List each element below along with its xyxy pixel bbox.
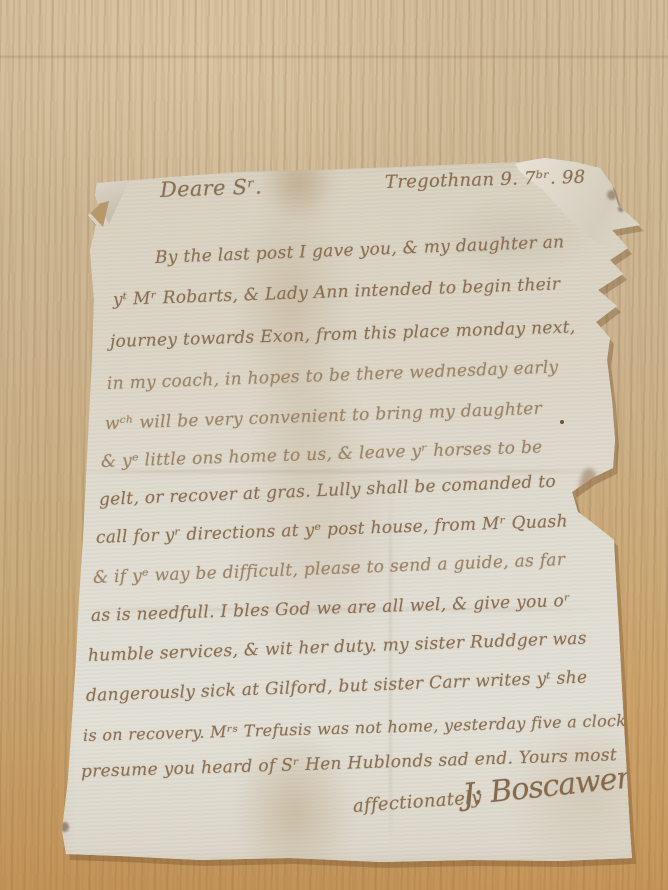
dateline: Tregothnan 9. 7ᵇʳ. 98 — [385, 167, 586, 193]
letter-line-1: By the last post I gave you, & my daught… — [155, 232, 565, 268]
letter-line-9: & if yᵉ way be difficult, please to send… — [93, 550, 566, 588]
salutation: Deare Sʳ. — [160, 174, 263, 202]
letter-line-2: yᵗ Mʳ Robarts, & Lady Ann intended to be… — [113, 274, 561, 310]
letter-line-5: wᶜʰ will be very convenient to bring my … — [105, 399, 543, 434]
letter-line-12: dangerously sick at Gilford, but sister … — [86, 668, 588, 706]
letter-line-4: in my coach, in hopes to be there wednes… — [107, 357, 559, 394]
letter-line-6: & yᵉ little ons home to us, & leave yʳ h… — [101, 437, 543, 472]
letter-text: Deare Sʳ. Tregothnan 9. 7ᵇʳ. 98 By the l… — [55, 156, 645, 868]
letter-line-3: journey towards Exon, from this place mo… — [110, 317, 576, 352]
letter-line-7: gelt, or recover at gras. Lully shall be… — [99, 472, 557, 510]
letter-line-10: as is needfull. I bles God we are all we… — [91, 591, 571, 626]
letter-line-11: humble services, & wit her duty. my sist… — [88, 629, 587, 666]
letter-line-13: is on recovery. Mʳˢ Trefusis was not hom… — [83, 711, 627, 745]
letter-paper: Deare Sʳ. Tregothnan 9. 7ᵇʳ. 98 By the l… — [55, 156, 645, 868]
letter-line-8: call for yʳ directions at yᵉ post house,… — [96, 512, 568, 548]
photo-frame: Deare Sʳ. Tregothnan 9. 7ᵇʳ. 98 By the l… — [0, 0, 668, 890]
